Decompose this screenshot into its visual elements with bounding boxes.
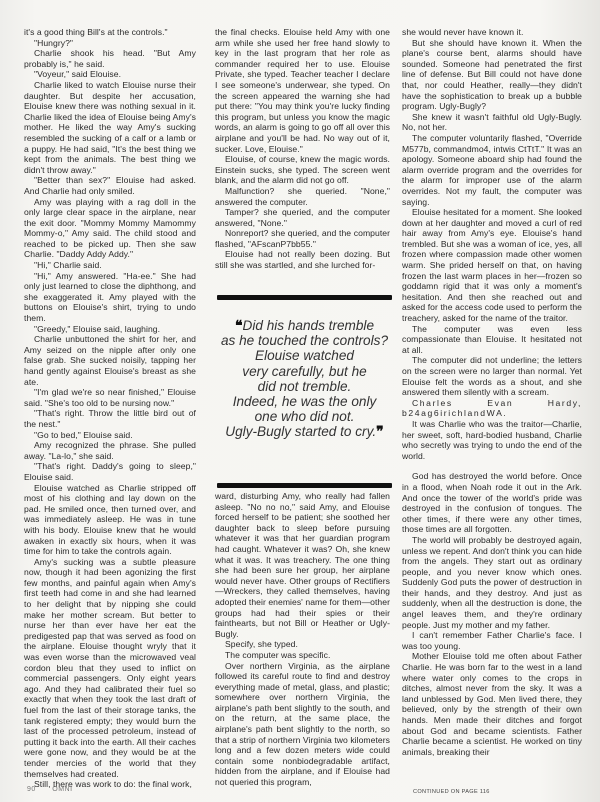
paragraph: "Hungry?" (24, 38, 196, 49)
paragraph: Malfunction? she queried. "None," answer… (215, 186, 390, 207)
paragraph: Elouise hesitated for a moment. She look… (402, 207, 582, 324)
paragraph: Charlie shook his head. "But Amy probabl… (24, 48, 196, 69)
paragraph: Amy's sucking was a subtle pleasure now,… (24, 557, 196, 779)
paragraph: she would never have known it. (402, 27, 582, 38)
open-quote-mark-icon: ❝ (235, 317, 243, 333)
pull-quote-line: Indeed, he was the only (217, 394, 392, 409)
paragraph: Elouise, of course, knew the magic words… (215, 154, 390, 186)
paragraph: Nonreport? she queried, and the computer… (215, 228, 390, 249)
column-middle-bottom: ward, disturbing Amy, who really had fal… (215, 491, 390, 788)
paragraph: Elouise watched as Charlie stripped off … (24, 483, 196, 557)
paragraph: The computer did not underline; the lett… (402, 355, 582, 397)
pull-quote-line: as he touched the controls? (217, 333, 392, 348)
paragraph: "Go to bed," Elouise said. (24, 430, 196, 441)
column-left: it's a good thing Bill's at the controls… (24, 27, 196, 790)
pull-quote-line: Ugly-Bugly started to cry.❞ (217, 424, 392, 439)
paragraph: Amy recognized the phrase. She pulled aw… (24, 440, 196, 461)
access-code-paragraph: Charles Evan Hardy, b24ag6irichlandWA. (402, 398, 582, 419)
paragraph: Specify, she typed. (215, 639, 390, 650)
pull-quote-line: one who did not. (217, 409, 392, 424)
pull-quote-line: very carefully, but he (217, 364, 392, 379)
paragraph: "Voyeur," said Elouise. (24, 69, 196, 80)
paragraph: Charlie unbuttoned the shirt for her, an… (24, 334, 196, 387)
paragraph: The computer was specific. (215, 650, 390, 661)
page-number: 90 (27, 786, 36, 793)
paragraph: The computer was even less compassionate… (402, 324, 582, 356)
close-quote-mark-icon: ❞ (376, 423, 384, 439)
paragraph: The world will probably be destroyed aga… (402, 535, 582, 630)
paragraph: Elouise had not really been dozing. But … (215, 249, 390, 270)
pull-quote-line: ❝Did his hands tremble (217, 318, 392, 333)
paragraph: The computer voluntarily flashed, "Overr… (402, 133, 582, 207)
paragraph: the final checks. Elouise held Amy with … (215, 27, 390, 154)
paragraph: it's a good thing Bill's at the controls… (24, 27, 196, 38)
paragraph: ward, disturbing Amy, who really had fal… (215, 491, 390, 639)
pull-quote: ❝Did his hands tremble as he touched the… (217, 318, 392, 440)
paragraph: Over northern Virginia, as the airplane … (215, 661, 390, 788)
continued-notice: CONTINUED ON PAGE 116 (413, 789, 490, 795)
paragraph: But she should have known it. When the p… (402, 38, 582, 112)
pull-quote-line: Elouise watched (217, 348, 392, 363)
paragraph: "That's right. Daddy's going to sleep," … (24, 461, 196, 482)
paragraph: It was Charlie who was the traitor—Charl… (402, 419, 582, 461)
pull-quote-line: did not tremble. (217, 379, 392, 394)
column-middle-top: the final checks. Elouise held Amy with … (215, 27, 390, 271)
paragraph: I can't remember Father Charlie's face. … (402, 630, 582, 651)
paragraph: "Hi," Amy answered. "Ha-ee." She had onl… (24, 271, 196, 324)
paragraph: "That's right. Throw the little bird out… (24, 408, 196, 429)
magazine-page: it's a good thing Bill's at the controls… (0, 0, 600, 802)
paragraph: Mother Elouise told me often about Fathe… (402, 651, 582, 757)
paragraph: Tamper? she queried, and the computer an… (215, 207, 390, 228)
paragraph: Charlie liked to watch Elouise nurse the… (24, 80, 196, 175)
magazine-name: OMNI (52, 786, 72, 793)
page-footer: 90 OMNI (27, 786, 87, 793)
paragraph: God has destroyed the world before. Once… (402, 471, 582, 535)
paragraph: "Hi," Charlie said. (24, 260, 196, 271)
paragraph: She knew it wasn't faithful old Ugly-Bug… (402, 112, 582, 133)
pull-quote-rule-bottom (217, 483, 392, 488)
paragraph: "Greedy," Elouise said, laughing. (24, 324, 196, 335)
pull-quote-rule-top (217, 295, 392, 300)
paragraph: Amy was playing with a rag doll in the o… (24, 197, 196, 261)
column-right: she would never have known it. But she s… (402, 27, 582, 757)
paragraph: "I'm glad we're so near finished," Eloui… (24, 387, 196, 408)
paragraph: "Better than sex?" Elouise had asked. An… (24, 175, 196, 196)
